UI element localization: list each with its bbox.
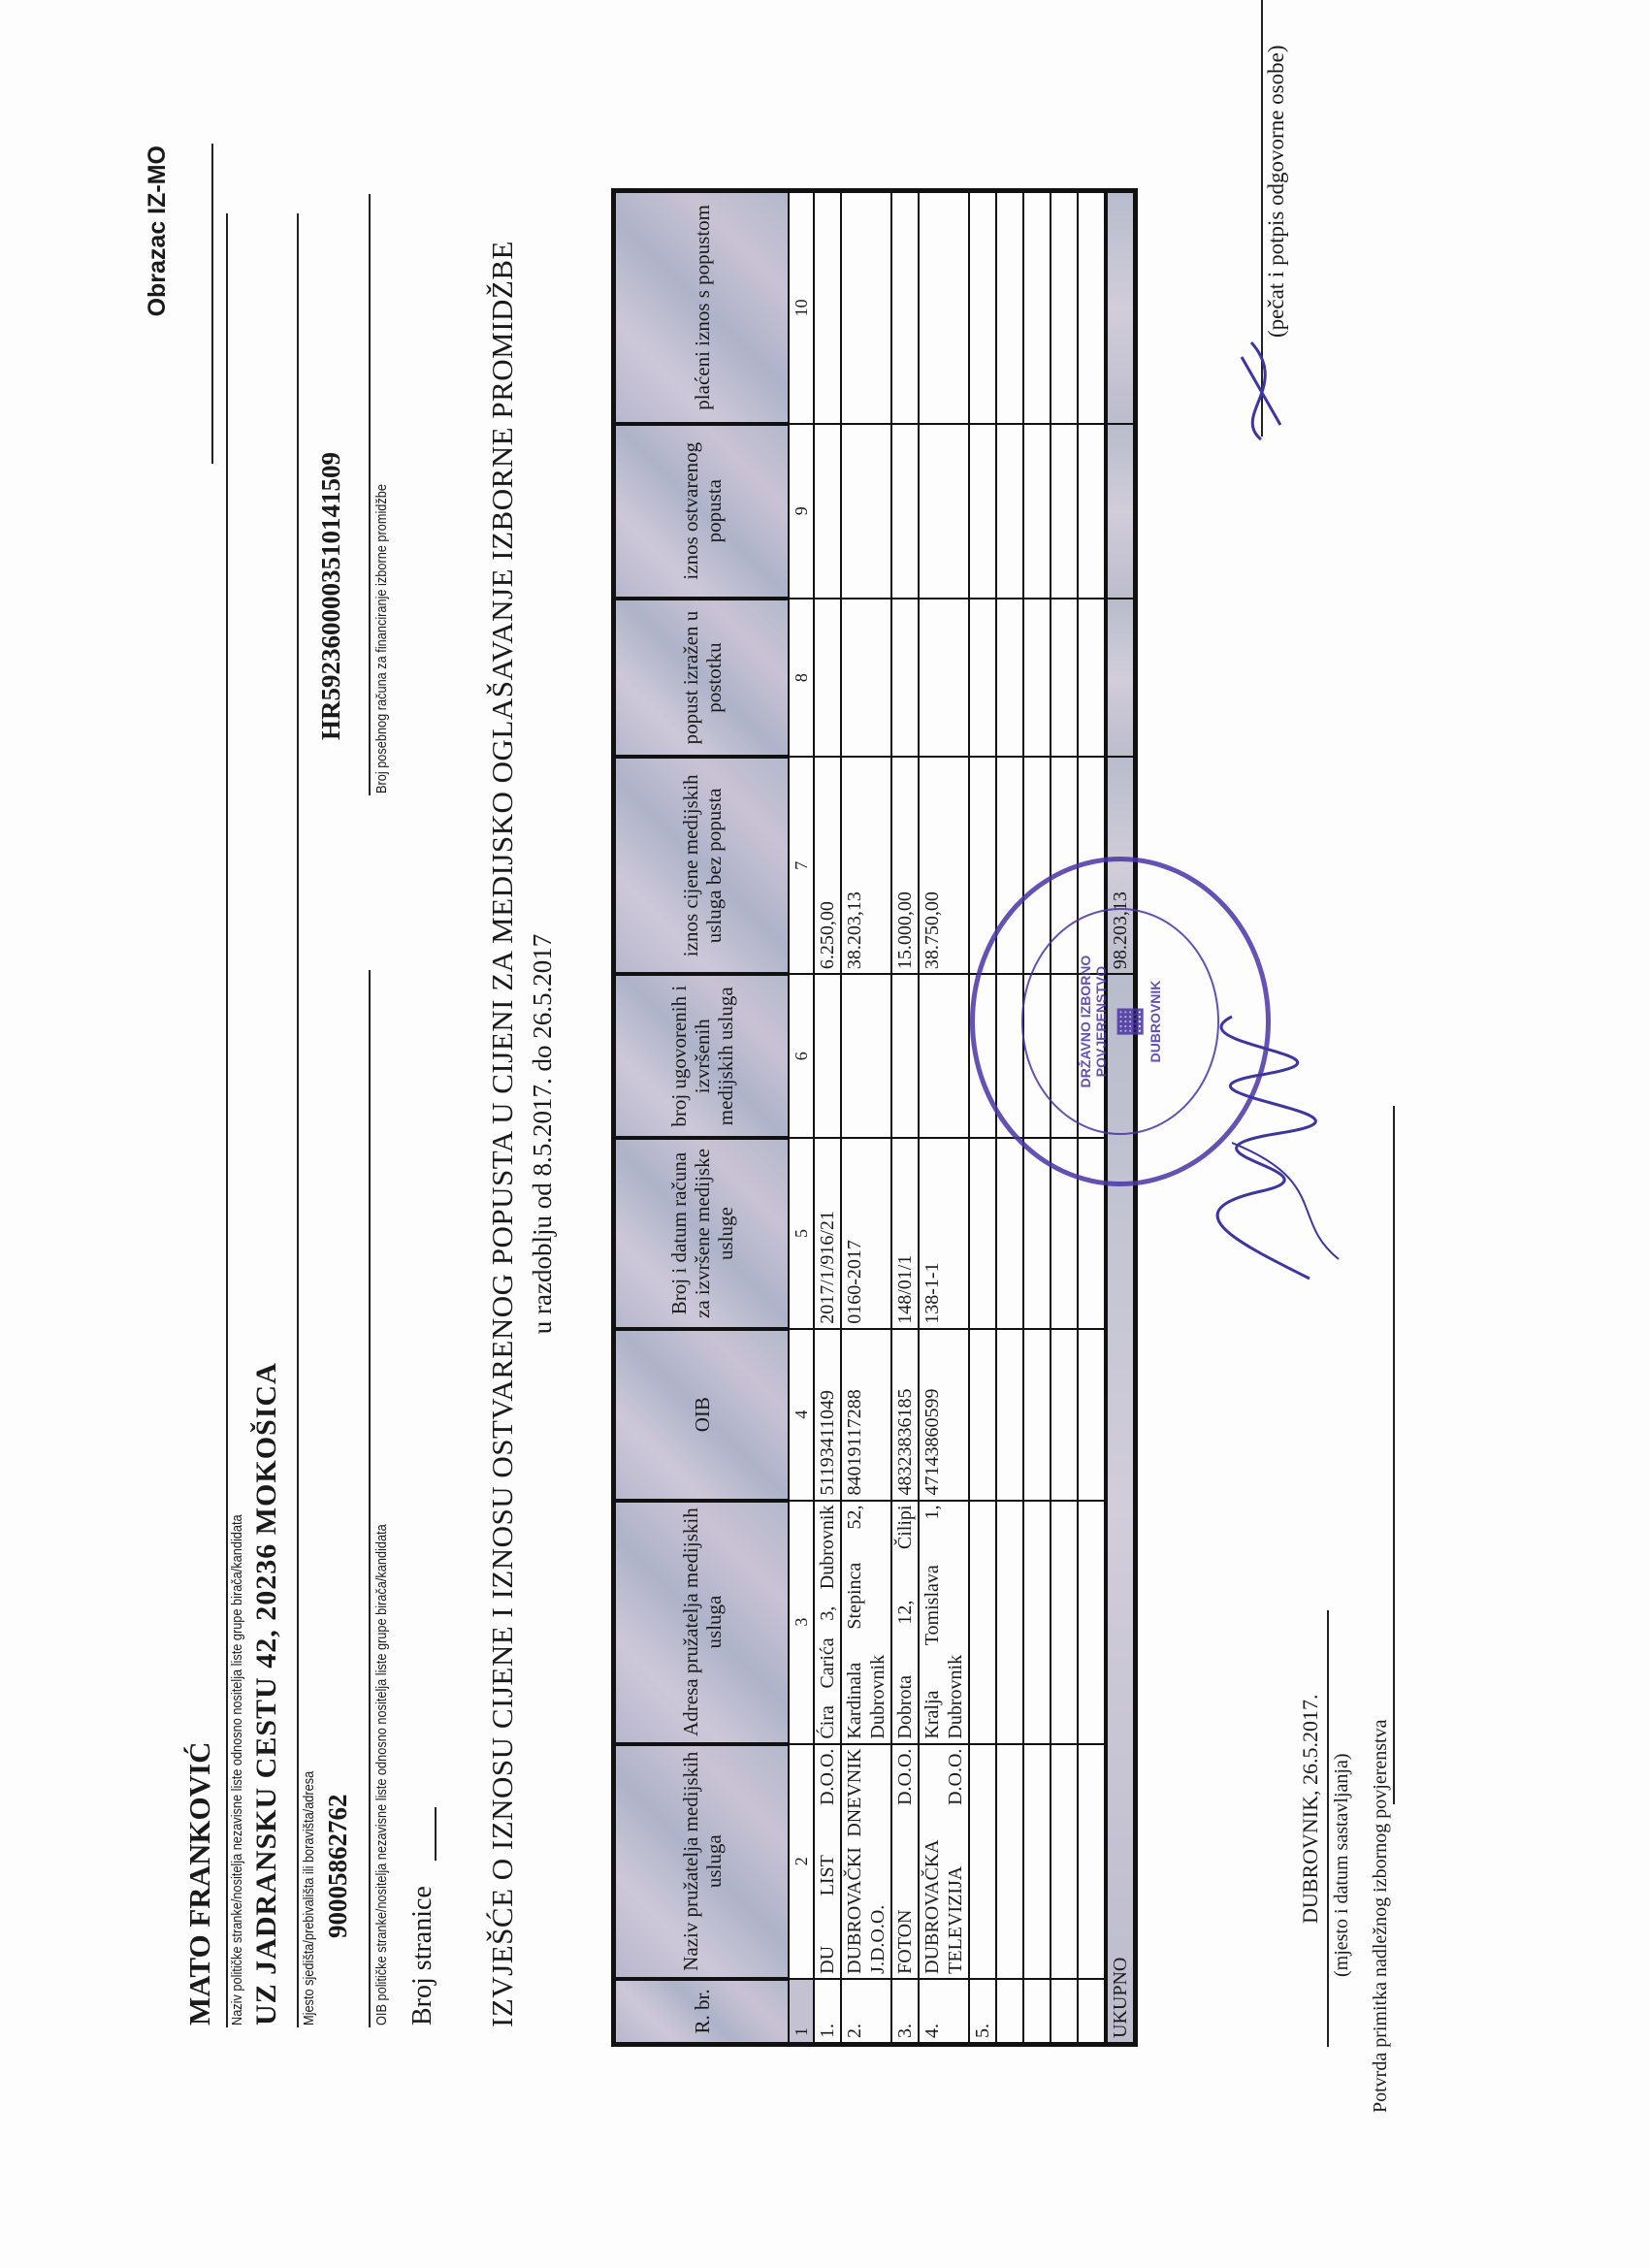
cell-invoice: 148/01/1	[891, 1138, 919, 1328]
document-page: Obrazac IZ-MO MATO FRANKOVIĆ Naziv polit…	[0, 0, 1649, 2268]
report-period: u razdoblju od 8.5.2017. do 26.5.2017	[528, 0, 558, 2268]
cell-address: Dobrota 12, Čilipi	[891, 1501, 919, 1744]
cell-discount-amount	[969, 424, 996, 599]
total-empty-cell	[1106, 191, 1136, 424]
empty-cell	[1051, 1744, 1078, 1979]
place-date: DUBROVNIK, 26.5.2017.	[1298, 1695, 1323, 1925]
party-oib: 90005862762	[323, 1795, 353, 1939]
stamp-inner-text: DRŽAVNO IZBORNO POVJERENSTVO	[1078, 910, 1109, 1133]
party-name-label: Naziv političke stranke/nositelja nezavi…	[229, 1514, 245, 2025]
cell-discount-pct	[814, 599, 841, 758]
cell-name	[969, 1744, 996, 1979]
empty-cell	[996, 1744, 1023, 1979]
cell-discount-amount	[841, 424, 891, 599]
total-empty-cell	[1106, 599, 1136, 758]
cell-invoice	[969, 1138, 996, 1328]
signature-icon	[1222, 338, 1300, 444]
cell-invoice: 2017/1/916/21	[814, 1138, 841, 1328]
cell-name: DU LIST D.O.O.	[814, 1744, 841, 1979]
col-header: popust izražen u postotku	[614, 599, 790, 758]
cell-no: 5.	[969, 1979, 996, 2045]
signature-icon	[1115, 1007, 1358, 1298]
empty-cell	[1078, 1979, 1106, 2045]
cell-discount-pct	[919, 599, 969, 758]
empty-cell	[996, 191, 1023, 424]
receipt-label: Potvrda primitka nadležnog izbornog povj…	[1370, 1720, 1392, 2113]
column-number-row: 1 2 3 4 5 6 7 8 9 10	[789, 191, 814, 2045]
cell-count	[919, 974, 969, 1138]
divider	[211, 144, 213, 464]
column-number: 9	[789, 424, 814, 599]
empty-cell	[1078, 424, 1106, 599]
party-address: UZ JADRANSKU CESTU 42, 20236 MOKOŠICA	[250, 1362, 283, 2025]
cell-no: 4.	[919, 1979, 969, 2045]
cell-count	[814, 974, 841, 1138]
col-header: iznos ostvarenog popusta	[614, 424, 790, 599]
cell-invoice: 138-1-1	[919, 1138, 969, 1328]
empty-cell	[996, 424, 1023, 599]
empty-cell	[1051, 191, 1078, 424]
empty-cell	[1023, 424, 1051, 599]
col-header: Naziv pružatelja medijskih usluga	[614, 1744, 790, 1979]
account-number-label: Broj posebnog računa za financiranje izb…	[373, 484, 390, 794]
column-number: 4	[789, 1329, 814, 1501]
cell-oib: 84019117288	[841, 1329, 891, 1501]
cell-discount-pct	[841, 599, 891, 758]
cell-paid	[814, 191, 841, 424]
cell-name: FOTON D.O.O.	[891, 1744, 919, 1979]
cell-price: 6.250,00	[814, 757, 841, 974]
empty-cell	[996, 1979, 1023, 2045]
cell-discount-amount	[919, 424, 969, 599]
cell-paid	[919, 191, 969, 424]
cell-discount-pct	[969, 599, 996, 758]
divider	[1327, 1610, 1329, 2047]
cell-oib	[969, 1329, 996, 1501]
cell-discount-pct	[891, 599, 919, 758]
empty-cell	[996, 599, 1023, 758]
col-header: R. br.	[614, 1979, 790, 2045]
cell-count	[891, 974, 919, 1138]
signature-label: (pečat i potpis odgovorne osobe)	[1264, 46, 1289, 338]
empty-cell	[1051, 1329, 1078, 1501]
column-number: 10	[789, 191, 814, 424]
divider	[369, 970, 371, 2027]
empty-cell	[996, 1329, 1023, 1501]
cell-paid	[969, 191, 996, 424]
divider	[226, 213, 228, 2027]
cell-price: 38.203,13	[841, 757, 891, 974]
receipt-signature-line	[1393, 1106, 1395, 1804]
col-header: plaćeni iznos s popustom	[614, 191, 790, 424]
cell-discount-amount	[891, 424, 919, 599]
cell-no: 3.	[891, 1979, 919, 2045]
empty-cell	[1023, 1979, 1051, 2045]
empty-cell	[1023, 1744, 1051, 1979]
cell-oib: 47143860599	[919, 1329, 969, 1501]
cell-discount-amount	[814, 424, 841, 599]
form-code: Obrazac IZ-MO	[144, 146, 172, 316]
cell-paid	[891, 191, 919, 424]
empty-cell	[1051, 599, 1078, 758]
page-number-label: Broj stranice	[407, 1886, 438, 2025]
place-date-label: (mjesto i datum sastavljanja)	[1331, 1754, 1353, 1978]
empty-cell	[1023, 1329, 1051, 1501]
report-title: IZVJEŠĆE O IZNOSU CIJENE I IZNOSU OSTVAR…	[485, 0, 520, 2268]
cell-name: DUBROVAČKI DNEVNIK J.D.O.O.	[841, 1744, 891, 1979]
empty-cell	[996, 1501, 1023, 1744]
empty-cell	[1051, 1979, 1078, 2045]
empty-cell	[1078, 1501, 1106, 1744]
col-header: Adresa pružatelja medijskih usluga	[614, 1501, 790, 1744]
cell-address: Kardinala Stepinca 52, Dubrovnik	[841, 1501, 891, 1744]
empty-cell	[1051, 424, 1078, 599]
column-number: 5	[789, 1138, 814, 1328]
empty-cell	[1023, 1138, 1051, 1328]
empty-cell	[1078, 1329, 1106, 1501]
table-row: 5.	[969, 191, 996, 2045]
cell-no: 1.	[814, 1979, 841, 2045]
empty-cell	[1023, 1501, 1051, 1744]
cell-no: 2.	[841, 1979, 891, 2045]
divider	[369, 194, 371, 795]
cell-paid	[841, 191, 891, 424]
empty-cell	[1078, 191, 1106, 424]
party-name: MATO FRANKOVIĆ	[182, 1742, 217, 2026]
col-header: OIB	[614, 1329, 790, 1501]
party-oib-label: OIB političke stranke/nositelja nezavisn…	[373, 1524, 390, 2025]
cell-invoice: 0160-2017	[841, 1138, 891, 1328]
col-header: iznos cijene medijskih usluga bez popust…	[614, 757, 790, 974]
column-number: 6	[789, 974, 814, 1138]
cell-address: Kralja Tomislava 1, Dubrovnik	[919, 1501, 969, 1744]
empty-cell	[1023, 191, 1051, 424]
divider	[297, 213, 299, 2027]
column-number: 2	[789, 1744, 814, 1979]
cell-oib: 51193411049	[814, 1329, 841, 1501]
total-empty-cell	[1106, 424, 1136, 599]
empty-cell	[1078, 1744, 1106, 1979]
cell-count	[841, 974, 891, 1138]
column-number: 7	[789, 757, 814, 974]
cell-oib: 48323836185	[891, 1329, 919, 1501]
empty-cell	[996, 1138, 1023, 1328]
column-number: 1	[789, 1979, 814, 2045]
cell-address	[969, 1501, 996, 1744]
empty-cell	[1023, 599, 1051, 758]
table-row: 4.DUBROVAČKA TELEVIZIJA D.O.O.Kralja Tom…	[919, 191, 969, 2045]
party-address-label: Mjesto sjedišta/prebivališta ili boraviš…	[301, 1771, 317, 2025]
table-row: 2.DUBROVAČKI DNEVNIK J.D.O.O.Kardinala S…	[841, 191, 891, 2045]
col-header: Broj i datum računa za izvršene medijske…	[614, 1138, 790, 1328]
table-row: 3.FOTON D.O.O.Dobrota 12, Čilipi48323836…	[891, 191, 919, 2045]
col-header: broj ugovorenih i izvršenih medijskih us…	[614, 974, 790, 1138]
cell-name: DUBROVAČKA TELEVIZIJA D.O.O.	[919, 1744, 969, 1979]
cell-address: Ćira Carića 3, Dubrovnik	[814, 1501, 841, 1744]
account-number: HR5923600003510141509	[316, 452, 346, 740]
column-number: 8	[789, 599, 814, 758]
empty-cell	[1051, 1501, 1078, 1744]
page-number-field	[435, 1807, 436, 1861]
cell-price: 15.000,00	[891, 757, 919, 974]
cell-price: 38.750,00	[919, 757, 969, 974]
empty-cell	[1078, 599, 1106, 758]
table-header-row: R. br. Naziv pružatelja medijskih usluga…	[614, 191, 790, 2045]
table-row: 1.DU LIST D.O.O.Ćira Carića 3, Dubrovnik…	[814, 191, 841, 2045]
column-number: 3	[789, 1501, 814, 1744]
